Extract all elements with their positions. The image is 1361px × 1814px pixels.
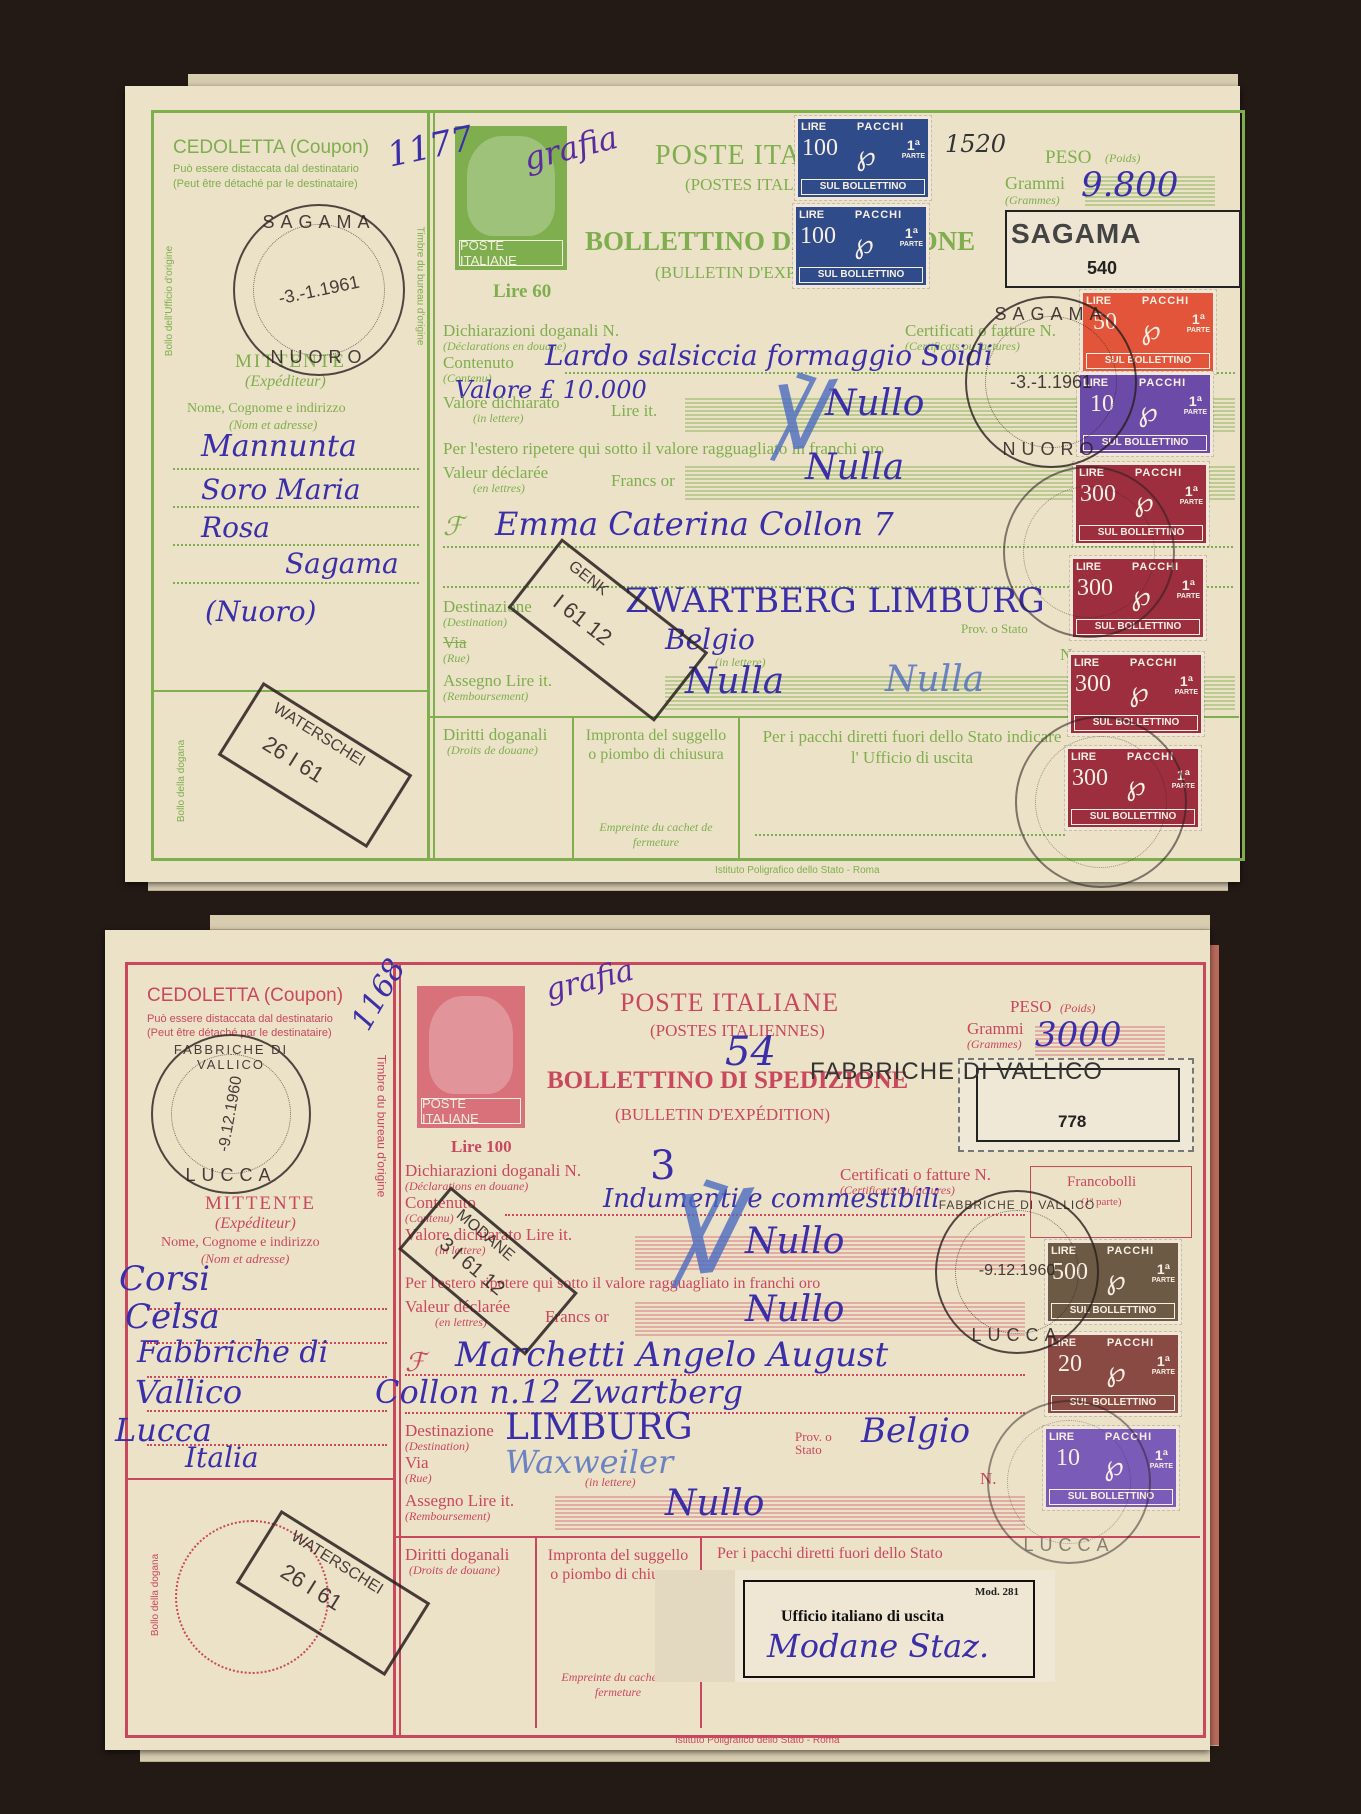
stamp-part: 1ªPARTE xyxy=(1152,1353,1175,1376)
posthorn-icon: ℘ xyxy=(1117,675,1161,709)
address-line xyxy=(173,506,419,508)
printer-credit: Istituto Poligrafico dello Stato - Roma xyxy=(675,1736,840,1746)
exit-label-title: Ufficio italiano di uscita xyxy=(781,1608,944,1626)
contents-line xyxy=(505,1214,1025,1216)
stamp-title: PACCHI xyxy=(1109,657,1198,669)
weight-unit-fr: (Grammes) xyxy=(967,1038,1022,1050)
postmark: SAGAMA -3.-1.1961 NUORO xyxy=(233,204,405,376)
weight-value: 9.800 xyxy=(1081,168,1178,202)
postmark: SAGAMA -3.-1.1961 NUORO xyxy=(965,296,1137,468)
field-prov: Prov. o Stato xyxy=(795,1430,855,1456)
coupon-side-label: Timbre du bureau d'origine xyxy=(414,227,424,346)
form-title-sub: (BULLETIN D'EXPÉDITION) xyxy=(615,1106,830,1123)
postage-stamp: LIREPACCHI100℘1ªPARTESUL BOLLETTINO xyxy=(795,116,931,200)
office-label: SAGAMA 540 xyxy=(1005,210,1241,288)
name-label: Nome, Cognome e indirizzo xyxy=(161,1236,320,1250)
stamp-part: 1ªPARTE xyxy=(1187,311,1210,334)
weight-unit: Grammi xyxy=(1005,174,1065,192)
posthorn-icon: ℘ xyxy=(1094,1263,1138,1297)
bottom-col-divider xyxy=(535,1538,537,1728)
stamp-part: 1ªPARTE xyxy=(1175,673,1198,696)
field-cod-fr: (Remboursement) xyxy=(443,690,528,702)
field-via-fr: (Rue) xyxy=(443,652,470,664)
contents-handwriting: Lardo salsiccia formaggio Soidi xyxy=(545,342,993,370)
cod-field xyxy=(555,1494,1025,1530)
postmark: FABBRICHE DI VALLICO -9.12.1960 LUCCA xyxy=(151,1034,311,1194)
bottom-col-divider xyxy=(738,718,740,858)
name-label-fr: (Nom et adresse) xyxy=(201,1252,289,1265)
field-cod-fr: (Remboursement) xyxy=(405,1510,490,1522)
field-certificates: Certificati o fatture N. xyxy=(840,1166,991,1183)
exit-line xyxy=(755,834,1065,836)
coupon-note-fr: (Peut être détaché par le destinataire) xyxy=(173,179,358,190)
field-lire-it: Lire it. xyxy=(611,402,657,419)
stamp-lire: LIRE xyxy=(799,209,824,221)
sender-handwriting: Sagama xyxy=(285,550,399,578)
recipient-mark: ℱ xyxy=(443,514,463,540)
field-duties: Diritti doganali xyxy=(443,726,547,743)
address-line xyxy=(173,468,419,470)
field-via: Via xyxy=(405,1454,429,1471)
field-cod: Assegno Lire it. xyxy=(443,672,552,689)
stamp-title: PACCHI xyxy=(834,209,923,221)
coupon-divider xyxy=(427,110,430,858)
field-declared-value: Valore dichiarato xyxy=(443,394,560,411)
prov-handwriting: Belgio xyxy=(861,1414,970,1448)
sender-handwriting: Soro Maria xyxy=(201,476,361,504)
field-seal-fr: Empreinte du cachet de fermeture xyxy=(581,820,731,850)
contents-handwriting: Indumenti e commestibili xyxy=(603,1186,939,1212)
stamp-lire: LIRE xyxy=(1074,657,1099,669)
stamp-title: PACCHI xyxy=(1086,1337,1175,1349)
cancellation-scribble: ℣ xyxy=(760,371,831,467)
stamp-part: 1ªPARTE xyxy=(1177,577,1200,600)
paper-edge xyxy=(140,1749,1210,1762)
stamp-lire: LIRE xyxy=(801,121,826,133)
recipient-handwriting-2: Collon n.12 Zwartberg xyxy=(375,1376,743,1408)
field-cod: Assegno Lire it. xyxy=(405,1492,514,1509)
field-valeur-fr: (en lettres) xyxy=(473,482,525,494)
exit-label-handwriting: Modane Staz. xyxy=(767,1630,989,1662)
field-in-lettere: (in lettere) xyxy=(585,1476,636,1488)
recipient-handwriting: Emma Caterina Collon 7 xyxy=(495,508,894,540)
sender-handwriting: Corsi xyxy=(119,1262,210,1296)
header-line1: POSTE ITALIANE xyxy=(620,990,839,1016)
posthorn-icon: ℘ xyxy=(844,139,888,173)
address-line xyxy=(173,582,419,584)
sender-title: MITTENTE xyxy=(205,1194,316,1213)
postmark xyxy=(1003,466,1175,638)
exit-office-label: Mod. 281 Ufficio italiano di uscita Moda… xyxy=(655,1570,1055,1682)
bottom-col-divider xyxy=(572,718,574,858)
exit-label-mod: Mod. 281 xyxy=(975,1586,1019,1598)
stamp-part: 1ªPARTE xyxy=(1184,393,1207,416)
stamp-title: PACCHI xyxy=(1086,1245,1175,1257)
weight-unit-fr: (Grammes) xyxy=(1005,194,1060,206)
destination-handwriting: LIMBURG xyxy=(505,1410,693,1446)
field-via: Via xyxy=(443,634,467,651)
field-seal: Impronta del suggello o piombo di chiusu… xyxy=(581,726,731,764)
cancellation-scribble: ℣ xyxy=(659,1176,745,1293)
field-duties-fr: (Droits de douane) xyxy=(409,1564,500,1576)
address-line xyxy=(173,544,419,546)
cod-handwriting-2: Nulla xyxy=(885,662,984,698)
field-destination-fr: (Destination) xyxy=(405,1440,469,1452)
postage-stamp: LIREPACCHI100℘1ªPARTESUL BOLLETTINO xyxy=(793,204,929,288)
office-label-town: SAGAMA xyxy=(1011,218,1141,250)
bottom-parcel-form: CEDOLETTA (Coupon) Può essere distaccata… xyxy=(105,930,1210,1750)
posthorn-icon: ℘ xyxy=(1129,313,1173,347)
imprint-value: Lire 60 xyxy=(493,282,551,301)
cod-handwriting: Nulla xyxy=(685,664,784,700)
stamp-value: 100 xyxy=(799,223,837,250)
office-label-number: 778 xyxy=(1058,1112,1086,1132)
destination-handwriting: ZWARTBERG LIMBURG xyxy=(625,584,1045,618)
field-customs-decl: Dichiarazioni doganali N. xyxy=(405,1162,581,1179)
weight-label-fr: (Poids) xyxy=(1060,1002,1095,1014)
exit-note: Per i pacchi diretti fuori dello Stato xyxy=(717,1546,943,1562)
coupon-side-label: Timbre du bureau d'origine xyxy=(375,1055,387,1198)
coupon-side-label: Bollo dell'Ufficio d'origine xyxy=(165,246,175,356)
coupon-note-it: Può essere distaccata dal destinatario xyxy=(147,1014,333,1025)
stamp-value: 300 xyxy=(1074,671,1112,698)
stamp-part: 1ªPARTE xyxy=(1180,483,1203,506)
sender-handwriting: Rosa xyxy=(201,514,270,542)
name-label: Nome, Cognome e indirizzo xyxy=(187,402,346,416)
stamp-title: PACCHI xyxy=(836,121,925,133)
posthorn-icon: ℘ xyxy=(842,227,886,261)
declared-value-handwriting: Nullo xyxy=(825,386,924,422)
sender-handwriting: Italia xyxy=(185,1444,259,1472)
sender-handwriting: Vallico xyxy=(135,1376,242,1408)
sender-handwriting: Mannunta xyxy=(201,432,357,462)
postmark xyxy=(1015,716,1187,888)
stamp-value: 20 xyxy=(1051,1351,1089,1378)
weight-label-fr: (Poids) xyxy=(1105,152,1140,164)
field-customs-decl-fr: (Déclarations en douane) xyxy=(405,1180,528,1192)
sender-handwriting: Fabbriche di xyxy=(137,1338,328,1368)
coupon-title: CEDOLETTA (Coupon) xyxy=(147,986,343,1005)
recipient-line xyxy=(405,1374,1025,1376)
office-label-town: FABBRICHE DI VALLICO xyxy=(810,1058,1103,1086)
sender-subtitle: (Expéditeur) xyxy=(215,1216,296,1232)
postmark: FABBRICHE DI VALLICO -9.12.1960 LUCCA xyxy=(935,1190,1099,1354)
via-handwriting: Waxweiler xyxy=(505,1446,673,1478)
italia-head-icon xyxy=(429,996,513,1094)
printer-credit: Istituto Poligrafico dello Stato - Roma xyxy=(715,866,880,876)
imprint-value: Lire 100 xyxy=(451,1138,512,1155)
hand-note-top: 1520 xyxy=(945,132,1006,156)
customs-side-label: Bollo della dogana xyxy=(177,740,187,822)
stamp-part: 1ªPARTE xyxy=(1152,1261,1175,1284)
stamp-part: 1ªPARTE xyxy=(1150,1447,1173,1470)
field-prov: Prov. o Stato xyxy=(961,622,1028,635)
weight-value: 3000 xyxy=(1035,1018,1122,1052)
sender-handwriting: (Nuoro) xyxy=(205,598,316,626)
weight-unit: Grammi xyxy=(967,1020,1024,1037)
field-destination: Destinazione xyxy=(405,1422,494,1439)
top-parcel-form: CEDOLETTA (Coupon) Può essere distaccata… xyxy=(125,86,1240,882)
imprint-label: POSTE ITALIANE xyxy=(459,240,563,266)
sender-subtitle: (Expéditeur) xyxy=(245,374,326,390)
office-label: FABBRICHE DI VALLICO 778 xyxy=(958,1058,1194,1152)
declared-value-handwriting: Nullo xyxy=(745,1224,844,1260)
francs-handwriting: Nullo xyxy=(745,1292,844,1328)
hand-note-mark: 54 xyxy=(725,1032,776,1072)
stamp-footer: SUL BOLLETTINO xyxy=(799,267,923,283)
stamps-box-label: Francobolli xyxy=(1067,1175,1136,1190)
tape-strip xyxy=(655,1570,735,1682)
coupon-divider xyxy=(433,110,435,858)
field-valeur: Valeur déclarée xyxy=(443,464,548,481)
stamp-footer: SUL BOLLETTINO xyxy=(801,179,925,195)
field-contents: Contenuto xyxy=(443,354,514,371)
weight-label: PESO xyxy=(1010,998,1052,1015)
coupon-customs-divider xyxy=(125,1478,395,1480)
field-via-fr: (Rue) xyxy=(405,1472,432,1484)
cod-handwriting: Nullo xyxy=(665,1486,764,1522)
sender-handwriting: Celsa xyxy=(125,1300,220,1334)
stamp-part: 1ªPARTE xyxy=(902,137,925,160)
imprint-label: POSTE ITALIANE xyxy=(421,1098,521,1124)
stamp-part: 1ªPARTE xyxy=(900,225,923,248)
exit-note: Per i pacchi diretti fuori dello Stato i… xyxy=(757,726,1067,768)
coupon-note-it: Può essere distaccata dal destinatario xyxy=(173,164,359,175)
posthorn-icon: ℘ xyxy=(1094,1355,1138,1389)
office-label-number: 540 xyxy=(1087,258,1117,279)
postmark: LUCCA xyxy=(987,1400,1151,1564)
paper-edge xyxy=(210,915,1210,930)
field-francs: Francs or xyxy=(611,472,675,489)
field-duties: Diritti doganali xyxy=(405,1546,509,1563)
field-destination-fr: (Destination) xyxy=(443,616,507,628)
coupon-title: CEDOLETTA (Coupon) xyxy=(173,138,369,157)
coupon-customs-divider xyxy=(151,690,429,692)
customs-side-label: Bollo della dogana xyxy=(151,1554,161,1636)
stamp-value: 100 xyxy=(801,135,839,162)
field-declared-value-fr: (in lettere) xyxy=(473,412,524,424)
printed-stamp-imprint: POSTE ITALIANE xyxy=(417,986,525,1128)
field-duties-fr: (Droits de douane) xyxy=(447,744,538,756)
field-customs-decl: Dichiarazioni doganali N. xyxy=(443,322,619,339)
